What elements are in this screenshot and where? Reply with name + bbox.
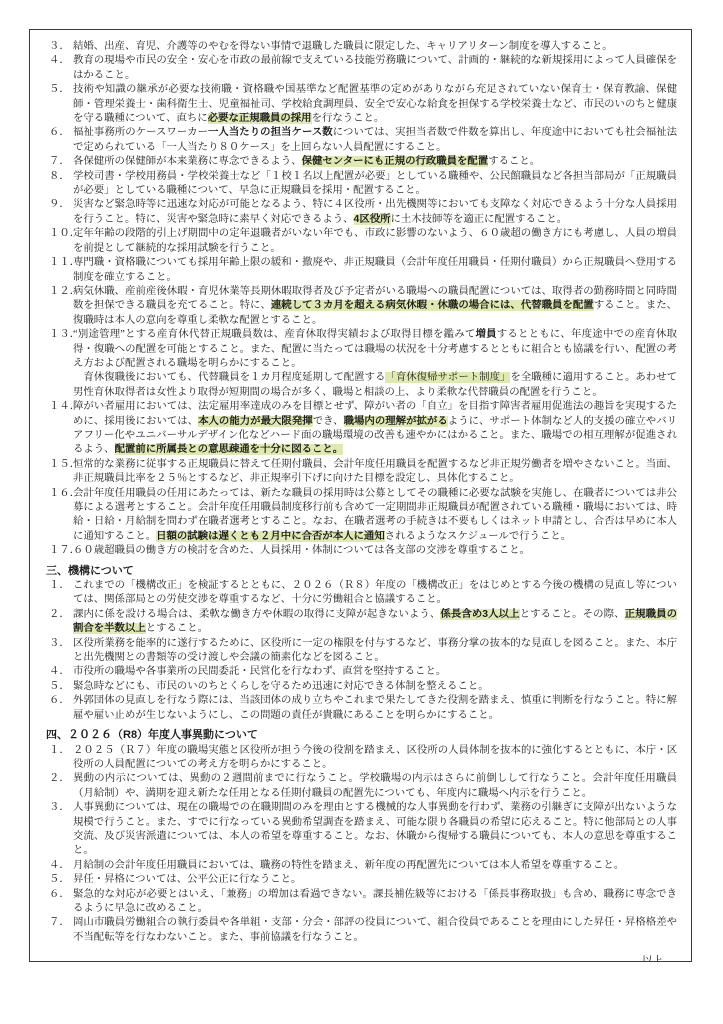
- text-run: 市役所の職場や各事業所の民間委託・民営化を行なわず、直営を堅持すること。: [73, 666, 446, 677]
- item-text: 区役所業務を能率的に遂行するために、区役所に一定の権限を付与するなど、事務分掌の…: [73, 638, 677, 663]
- text-run: これまでの「機構改正」を検証するとともに、２０２６（Ｒ８）年度の「機構改正」をは…: [73, 580, 677, 605]
- item-text: 市役所の職場や各事業所の民間委託・民営化を行なわず、直営を堅持すること。: [73, 666, 446, 677]
- text-run: 専門職・資格職についても採用年齢上限の緩和・撤廃や、非正規職員（会計年度任用職員…: [73, 257, 677, 282]
- document-page: ３．結婚、出産、育児、介護等のやむを得ない事情で退職した職員に限定した、キャリア…: [29, 29, 692, 962]
- highlighted-text: 連続して３カ月を超える病気休暇・休職の場合には、代替職員を配置: [271, 300, 594, 311]
- item-text: 昇任・昇格については、公平公正に行なうこと。: [73, 874, 301, 885]
- item-text: 緊急的な対応が必要とはいえ、「兼務」の増加は看過できない。課長補佐級等における「…: [73, 889, 677, 914]
- highlighted-text: 本人の能力が最大限発揮: [198, 416, 313, 427]
- list-item: １６．会計年度任用職員の任用にあたっては、新たな職員の採用時は公募としてその職種…: [46, 487, 677, 545]
- text-run: とすること。その際、: [520, 609, 625, 620]
- text-run: 結婚、出産、育児、介護等のやむを得ない事情で退職した職員に限定した、キャリアリタ…: [73, 41, 613, 52]
- text-run: 岡山市職員労働組合の執行委員や各単組・支部・分会・部評の役員について、組合役員で…: [73, 917, 677, 942]
- list-item: ４．教育の現場や市民の安全・安心を市政の最前線で支えている技能労務職について、計…: [46, 54, 677, 83]
- list-item: ２．異動の内示については、異動の２週間前までに行なうこと。学校職場の内示はさらに…: [46, 772, 677, 801]
- list-item: １２．病気休職、産前産後休暇・育児休業等長期休暇取得者及び予定者がいる職場への職…: [46, 285, 677, 328]
- item-number: ９．: [49, 198, 70, 212]
- bold-text: 増員: [476, 329, 497, 340]
- list-item: １１．専門職・資格職についても採用年齢上限の緩和・撤廃や、非正規職員（会計年度任…: [46, 256, 677, 285]
- list-item: ５．昇任・昇格については、公平公正に行なうこと。: [46, 873, 677, 887]
- text-run: 育休復職後においても、代替職員を１カ月程度延期して配置する: [83, 372, 385, 383]
- item-number: ４．: [49, 54, 70, 68]
- list-item: ４．市役所の職場や各事業所の民間委託・民営化を行なわず、直営を堅持すること。: [46, 665, 677, 679]
- item-text: 各保健所の保健師が本来業務に専念できるよう、保健センターにも正規の行政職員を配置…: [73, 156, 540, 167]
- text-run: 恒常的な業務に従事する正規職員に替えて任期付職員、会計年度任用職員を配置するなど…: [73, 459, 677, 484]
- list-item: ３．区役所業務を能率的に遂行するために、区役所に一定の権限を付与するなど、事務分…: [46, 637, 677, 666]
- text-run: 学校司書・学校用務員・学校栄養士など「１校１名以上配置が必要」としている職種や、…: [73, 171, 677, 196]
- item-number: ６．: [49, 126, 70, 140]
- item-number: ５．: [49, 83, 70, 97]
- item-text: 外郭団体の見直しを行なう際には、当該団体の成り立ちやこれまで果たしてきた役割を踏…: [73, 695, 677, 720]
- list-item: １５．恒常的な業務に従事する正規職員に替えて任期付職員、会計年度任用職員を配置す…: [46, 458, 677, 487]
- item-text: ２０２５（Ｒ７）年度の職場実態と区役所が担う今後の役割を踏まえ、区役所の人員体制…: [73, 745, 677, 770]
- text-run: 外郭団体の見直しを行なう際には、当該団体の成り立ちやこれまで果たしてきた役割を踏…: [73, 695, 677, 720]
- bold-text: 一人当たりの担当ケース数: [208, 127, 333, 138]
- text-run: 昇任・昇格については、公平公正に行なうこと。: [73, 874, 301, 885]
- list-item: ６．緊急的な対応が必要とはいえ、「兼務」の増加は看過できない。課長補佐級等におけ…: [46, 888, 677, 917]
- item-text: 教育の現場や市民の安全・安心を市政の最前線で支えている技能労務職について、計画的…: [73, 55, 677, 80]
- text-run: 月給制の会計年度任用職員においては、職務の特性を踏まえ、新年度の再配置先について…: [73, 860, 624, 871]
- item-text: 緊急時などにも、市民のいのちとくらしを守るため迅速に対応できる体制を整えること。: [73, 681, 489, 692]
- highlighted-text: 必要な正規職員の採用: [208, 113, 312, 124]
- highlighted-text: 係長含め3人以上: [440, 609, 519, 620]
- text-run: とすること。: [146, 623, 208, 634]
- item-text: 会計年度任用職員の任用にあたっては、新たな職員の採用時は公募としてその職種に必要…: [73, 488, 677, 542]
- item-number: １６．: [49, 487, 80, 501]
- item-text: 恒常的な業務に従事する正規職員に替えて任期付職員、会計年度任用職員を配置するなど…: [73, 459, 677, 484]
- item-text: 福祉事務所のケースワーカー一人当たりの担当ケース数については、実担当者数で件数を…: [73, 127, 677, 152]
- list-item: ９．災害など緊急時等に迅速な対応が可能となるよう、特に４区役所・出先機関等におい…: [46, 198, 677, 227]
- text-run: 教育の現場や市民の安全・安心を市政の最前線で支えている技能労務職について、計画的…: [73, 55, 677, 80]
- item-text: 災害など緊急時等に迅速な対応が可能となるよう、特に４区役所・出先機関等においても…: [73, 199, 677, 224]
- list-item: ４．月給制の会計年度任用職員においては、職務の特性を踏まえ、新年度の再配置先につ…: [46, 859, 677, 873]
- text-run: 緊急的な対応が必要とはいえ、「兼務」の増加は看過できない。課長補佐級等における「…: [73, 889, 677, 914]
- item-number: １．: [49, 744, 70, 758]
- text-run: に土木技師等を適正に配置すること。: [391, 214, 568, 225]
- highlighted-text: 保健センターにも正規の行政職員を配置: [302, 156, 489, 167]
- item-text: 技術や知識の継承が必要な技術職・資格職や国基準など配置基準の定めがありながら充足…: [73, 84, 677, 124]
- item-number: １４．: [49, 400, 80, 414]
- highlighted-text: 4区役所: [354, 214, 391, 225]
- section: 三、機構について１．これまでの「機構改正」を検証するとともに、２０２６（Ｒ８）年…: [46, 564, 677, 723]
- item-number: ２．: [49, 772, 70, 786]
- item-number: １１．: [49, 256, 80, 270]
- section: ３．結婚、出産、育児、介護等のやむを得ない事情で退職した職員に限定した、キャリア…: [46, 40, 677, 559]
- list-item: ８．学校司書・学校用務員・学校栄養士など「１校１名以上配置が必要」としている職種…: [46, 170, 677, 199]
- text-run: されるようなスケジュールで行うこと。: [385, 531, 571, 542]
- list-item: ７．岡山市職員労働組合の執行委員や各単組・支部・分会・部評の役員について、組合役…: [46, 916, 677, 945]
- item-number: ５．: [49, 873, 70, 887]
- item-number: ４．: [49, 859, 70, 873]
- item-text: 人事異動については、現在の職場での在職期間のみを理由とする機械的な人事異動を行わ…: [73, 802, 677, 856]
- text-run: 課内に係を設ける場合は、柔軟な働き方や休暇の取得に支障が起きないよう、: [73, 609, 440, 620]
- text-run: すること。: [488, 156, 540, 167]
- item-text: 学校司書・学校用務員・学校栄養士など「１校１名以上配置が必要」としている職種や、…: [73, 171, 677, 196]
- highlighted-text: 職場内の理解が拡がる: [344, 416, 448, 427]
- item-number: ２．: [49, 608, 70, 622]
- item-text: 専門職・資格職についても採用年齢上限の緩和・撤廃や、非正規職員（会計年度任用職員…: [73, 257, 677, 282]
- item-number: １５．: [49, 458, 80, 472]
- text-run: “別途管理”とする産育休代替正規職員数は、産育休取得実績および取得目標を鑑みて: [73, 329, 476, 340]
- text-run: 各保健所の保健師が本来業務に専念できるよう、: [73, 156, 302, 167]
- document-body: ３．結婚、出産、育児、介護等のやむを得ない事情で退職した職員に限定した、キャリア…: [46, 40, 677, 945]
- list-item: ３．人事異動については、現在の職場での在職期間のみを理由とする機械的な人事異動を…: [46, 801, 677, 859]
- list-item: １０．定年年齢の段階的引上げ期間中の定年退職者がいない年でも、市政に影響のないよ…: [46, 227, 677, 256]
- list-item: １３．“別途管理”とする産育休代替正規職員数は、産育休取得実績および取得目標を鑑…: [46, 328, 677, 371]
- text-run: ２０２５（Ｒ７）年度の職場実態と区役所が担う今後の役割を踏まえ、区役所の人員体制…: [73, 745, 677, 770]
- section-heading: 三、機構について: [46, 564, 677, 578]
- text-run: 緊急時などにも、市民のいのちとくらしを守るため迅速に対応できる体制を整えること。: [73, 681, 489, 692]
- text-run: ６０歳超職員の働き方の検討を含めた、人員採用・体制については各支部の交渉を尊重す…: [73, 545, 530, 556]
- item-number: ７．: [49, 155, 70, 169]
- section-heading: 四、２０２６（R8）年度人事異動について: [46, 728, 677, 742]
- item-text: “別途管理”とする産育休代替正規職員数は、産育休取得実績および取得目標を鑑みて増…: [73, 329, 677, 369]
- item-number: ８．: [49, 170, 70, 184]
- list-item: １４．障がい者雇用においては、法定雇用率達成のみを目標とせず、障がい者の「自立」…: [46, 400, 677, 458]
- list-item: ５．緊急時などにも、市民のいのちとくらしを守るため迅速に対応できる体制を整えるこ…: [46, 680, 677, 694]
- list-item: 育休復職後においても、代替職員を１カ月程度延期して配置する「育休復帰サポート制度…: [46, 371, 677, 400]
- item-text: 定年年齢の段階的引上げ期間中の定年退職者がいない年でも、市政に影響のないよう、６…: [73, 228, 677, 253]
- item-text: 課内に係を設ける場合は、柔軟な働き方や休暇の取得に支障が起きないよう、係長含め3…: [73, 609, 677, 634]
- text-run: 福祉事務所のケースワーカー: [73, 127, 208, 138]
- text-run: 区役所業務を能率的に遂行するために、区役所に一定の権限を付与するなど、事務分掌の…: [73, 638, 677, 663]
- item-text: 結婚、出産、育児、介護等のやむを得ない事情で退職した職員に限定した、キャリアリタ…: [73, 41, 613, 52]
- item-number: ７．: [49, 916, 70, 930]
- list-item: ７．各保健所の保健師が本来業務に専念できるよう、保健センターにも正規の行政職員を…: [46, 155, 677, 169]
- text-run: 異動の内示については、異動の２週間前までに行なうこと。学校職場の内示はさらに前倒…: [73, 773, 677, 798]
- list-item: １．これまでの「機構改正」を検証するとともに、２０２６（Ｒ８）年度の「機構改正」…: [46, 579, 677, 608]
- highlighted-text: 「育休復帰サポート制度」: [385, 372, 510, 383]
- list-item: ６．福祉事務所のケースワーカー一人当たりの担当ケース数については、実担当者数で件…: [46, 126, 677, 155]
- list-item: ５．技術や知識の継承が必要な技術職・資格職や国基準など配置基準の定めがありながら…: [46, 83, 677, 126]
- list-item: ３．結婚、出産、育児、介護等のやむを得ない事情で退職した職員に限定した、キャリア…: [46, 40, 677, 54]
- item-text: ６０歳超職員の働き方の検討を含めた、人員採用・体制については各支部の交渉を尊重す…: [73, 545, 530, 556]
- list-item: ６．外郭団体の見直しを行なう際には、当該団体の成り立ちやこれまで果たしてきた役割…: [46, 694, 677, 723]
- item-text: 育休復職後においても、代替職員を１カ月程度延期して配置する「育休復帰サポート制度…: [73, 371, 677, 400]
- text-run: でき、: [313, 416, 344, 427]
- highlighted-text: 日額の試験は遅くとも２月中に合否が本人に通知: [156, 531, 385, 542]
- item-text: 障がい者雇用においては、法定雇用率達成のみを目標とせず、障がい者の「自立」を目指…: [73, 401, 677, 455]
- item-text: 月給制の会計年度任用職員においては、職務の特性を踏まえ、新年度の再配置先について…: [73, 860, 624, 871]
- list-item: ２．課内に係を設ける場合は、柔軟な働き方や休暇の取得に支障が起きないよう、係長含…: [46, 608, 677, 637]
- highlighted-text: 配置前に所属長との意思疎通を十分に図ること。: [115, 444, 344, 455]
- closing-text: 以上: [46, 953, 677, 962]
- item-text: 岡山市職員労働組合の執行委員や各単組・支部・分会・部評の役員について、組合役員で…: [73, 917, 677, 942]
- list-item: １７．６０歳超職員の働き方の検討を含めた、人員採用・体制については各支部の交渉を…: [46, 544, 677, 558]
- text-run: を行なうこと。: [312, 113, 385, 124]
- list-item: １．２０２５（Ｒ７）年度の職場実態と区役所が担う今後の役割を踏まえ、区役所の人員…: [46, 744, 677, 773]
- text-run: 人事異動については、現在の職場での在職期間のみを理由とする機械的な人事異動を行わ…: [73, 802, 677, 856]
- item-number: ３．: [49, 637, 70, 651]
- item-text: これまでの「機構改正」を検証するとともに、２０２６（Ｒ８）年度の「機構改正」をは…: [73, 580, 677, 605]
- item-number: ５．: [49, 680, 70, 694]
- item-number: ６．: [49, 694, 70, 708]
- item-number: ６．: [49, 888, 70, 902]
- item-number: １７．: [49, 544, 80, 558]
- item-number: ４．: [49, 665, 70, 679]
- item-text: 異動の内示については、異動の２週間前までに行なうこと。学校職場の内示はさらに前倒…: [73, 773, 677, 798]
- item-number: １２．: [49, 285, 80, 299]
- item-number: １０．: [49, 227, 80, 241]
- item-number: １．: [49, 579, 70, 593]
- item-number: ３．: [49, 801, 70, 815]
- section: 四、２０２６（R8）年度人事異動について１．２０２５（Ｒ７）年度の職場実態と区役…: [46, 728, 677, 945]
- item-number: ３．: [49, 40, 70, 54]
- text-run: 定年年齢の段階的引上げ期間中の定年退職者がいない年でも、市政に影響のないよう、６…: [73, 228, 677, 253]
- item-number: １３．: [49, 328, 80, 342]
- item-text: 病気休職、産前産後休暇・育児休業等長期休暇取得者及び予定者がいる職場への職員配置…: [73, 286, 677, 326]
